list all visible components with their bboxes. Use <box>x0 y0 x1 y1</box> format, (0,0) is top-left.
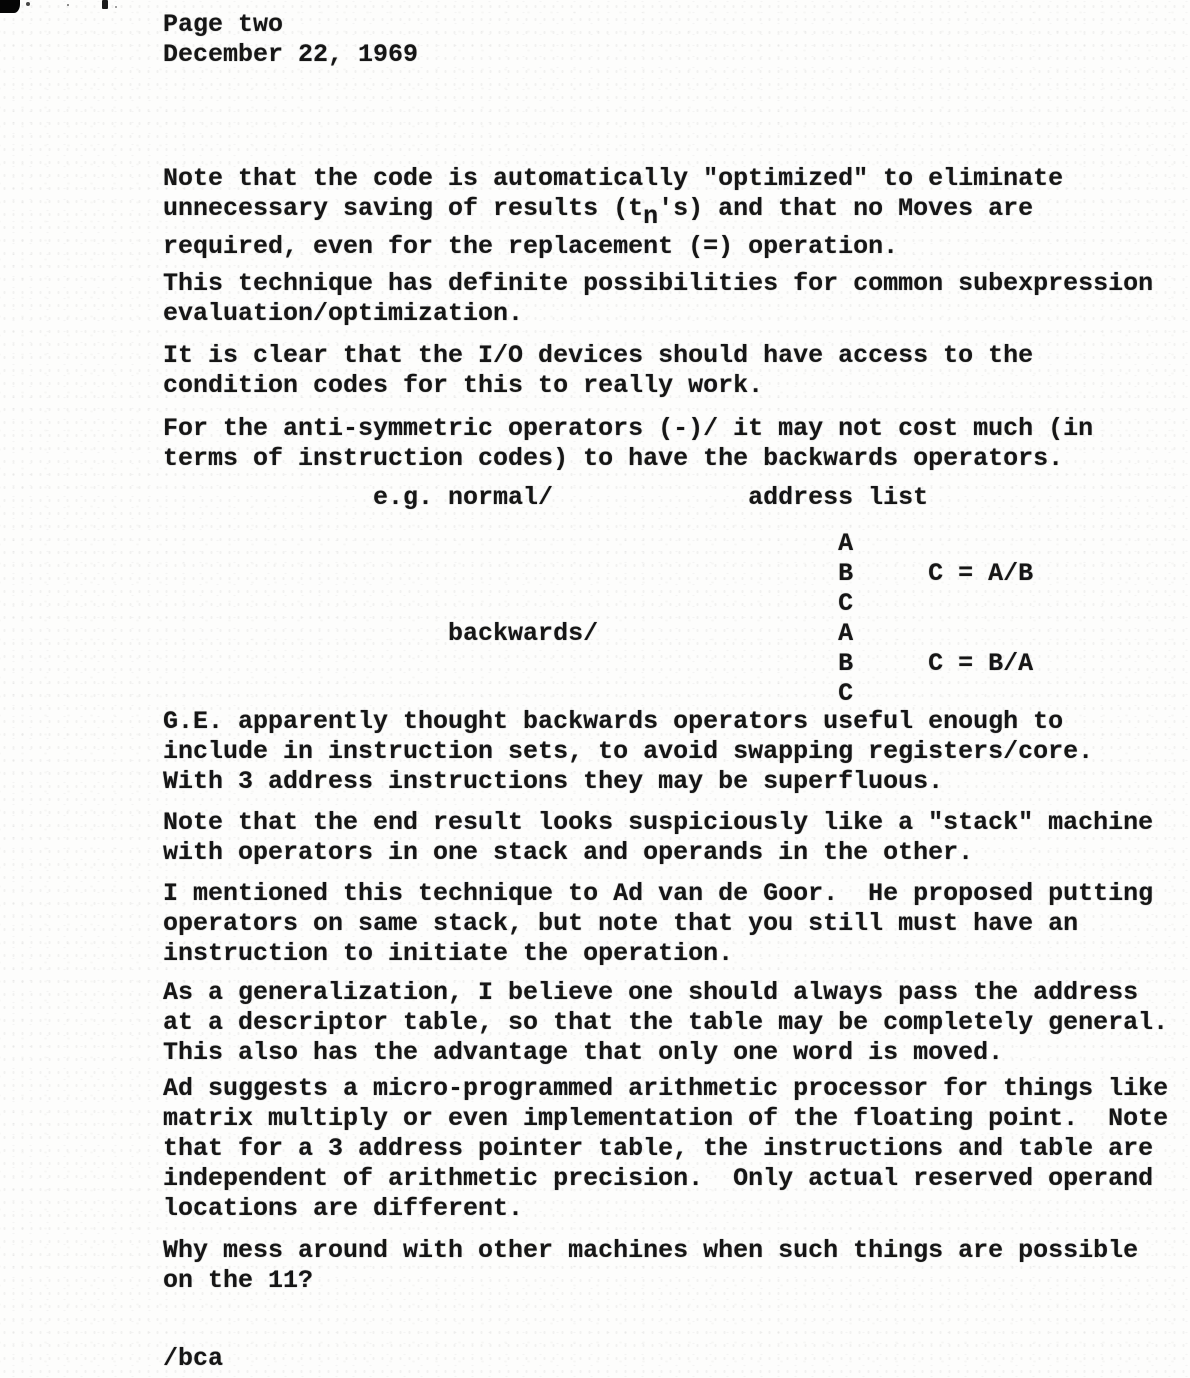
header-date: December 22, 1969 <box>163 40 418 70</box>
header-page-number: Page two <box>163 10 283 40</box>
memo-page: Page two December 22, 1969 Note that the… <box>0 0 1190 1378</box>
paragraph-micro-programmed: Ad suggests a micro-programmed arithmeti… <box>163 1074 1168 1224</box>
paragraph-why-mess-around: Why mess around with other machines when… <box>163 1236 1138 1296</box>
address-list-diagram: A B C = A/B C backwards/ A <box>163 529 1033 709</box>
paragraph-subexpression: This technique has definite possibilitie… <box>163 269 1153 329</box>
paragraph-ge-backwards: G.E. apparently thought backwards operat… <box>163 707 1093 797</box>
scan-artifact-mark <box>0 0 20 13</box>
paragraph-van-de-goor: I mentioned this technique to Ad van de … <box>163 879 1153 969</box>
paragraph-stack-machine: Note that the end result looks suspiciou… <box>163 808 1153 868</box>
paragraph-optimized-code: Note that the code is automatically "opt… <box>163 164 1063 262</box>
typist-initials: /bca <box>163 1344 223 1374</box>
paragraph-io-devices: It is clear that the I/O devices should … <box>163 341 1033 401</box>
paragraph-generalization: As a generalization, I believe one shoul… <box>163 978 1168 1068</box>
paragraph-anti-symmetric: For the anti-symmetric operators (-)/ it… <box>163 414 1093 474</box>
subscript-n: n <box>643 202 658 231</box>
example-heading-line: e.g. normal/ address list <box>163 483 928 513</box>
